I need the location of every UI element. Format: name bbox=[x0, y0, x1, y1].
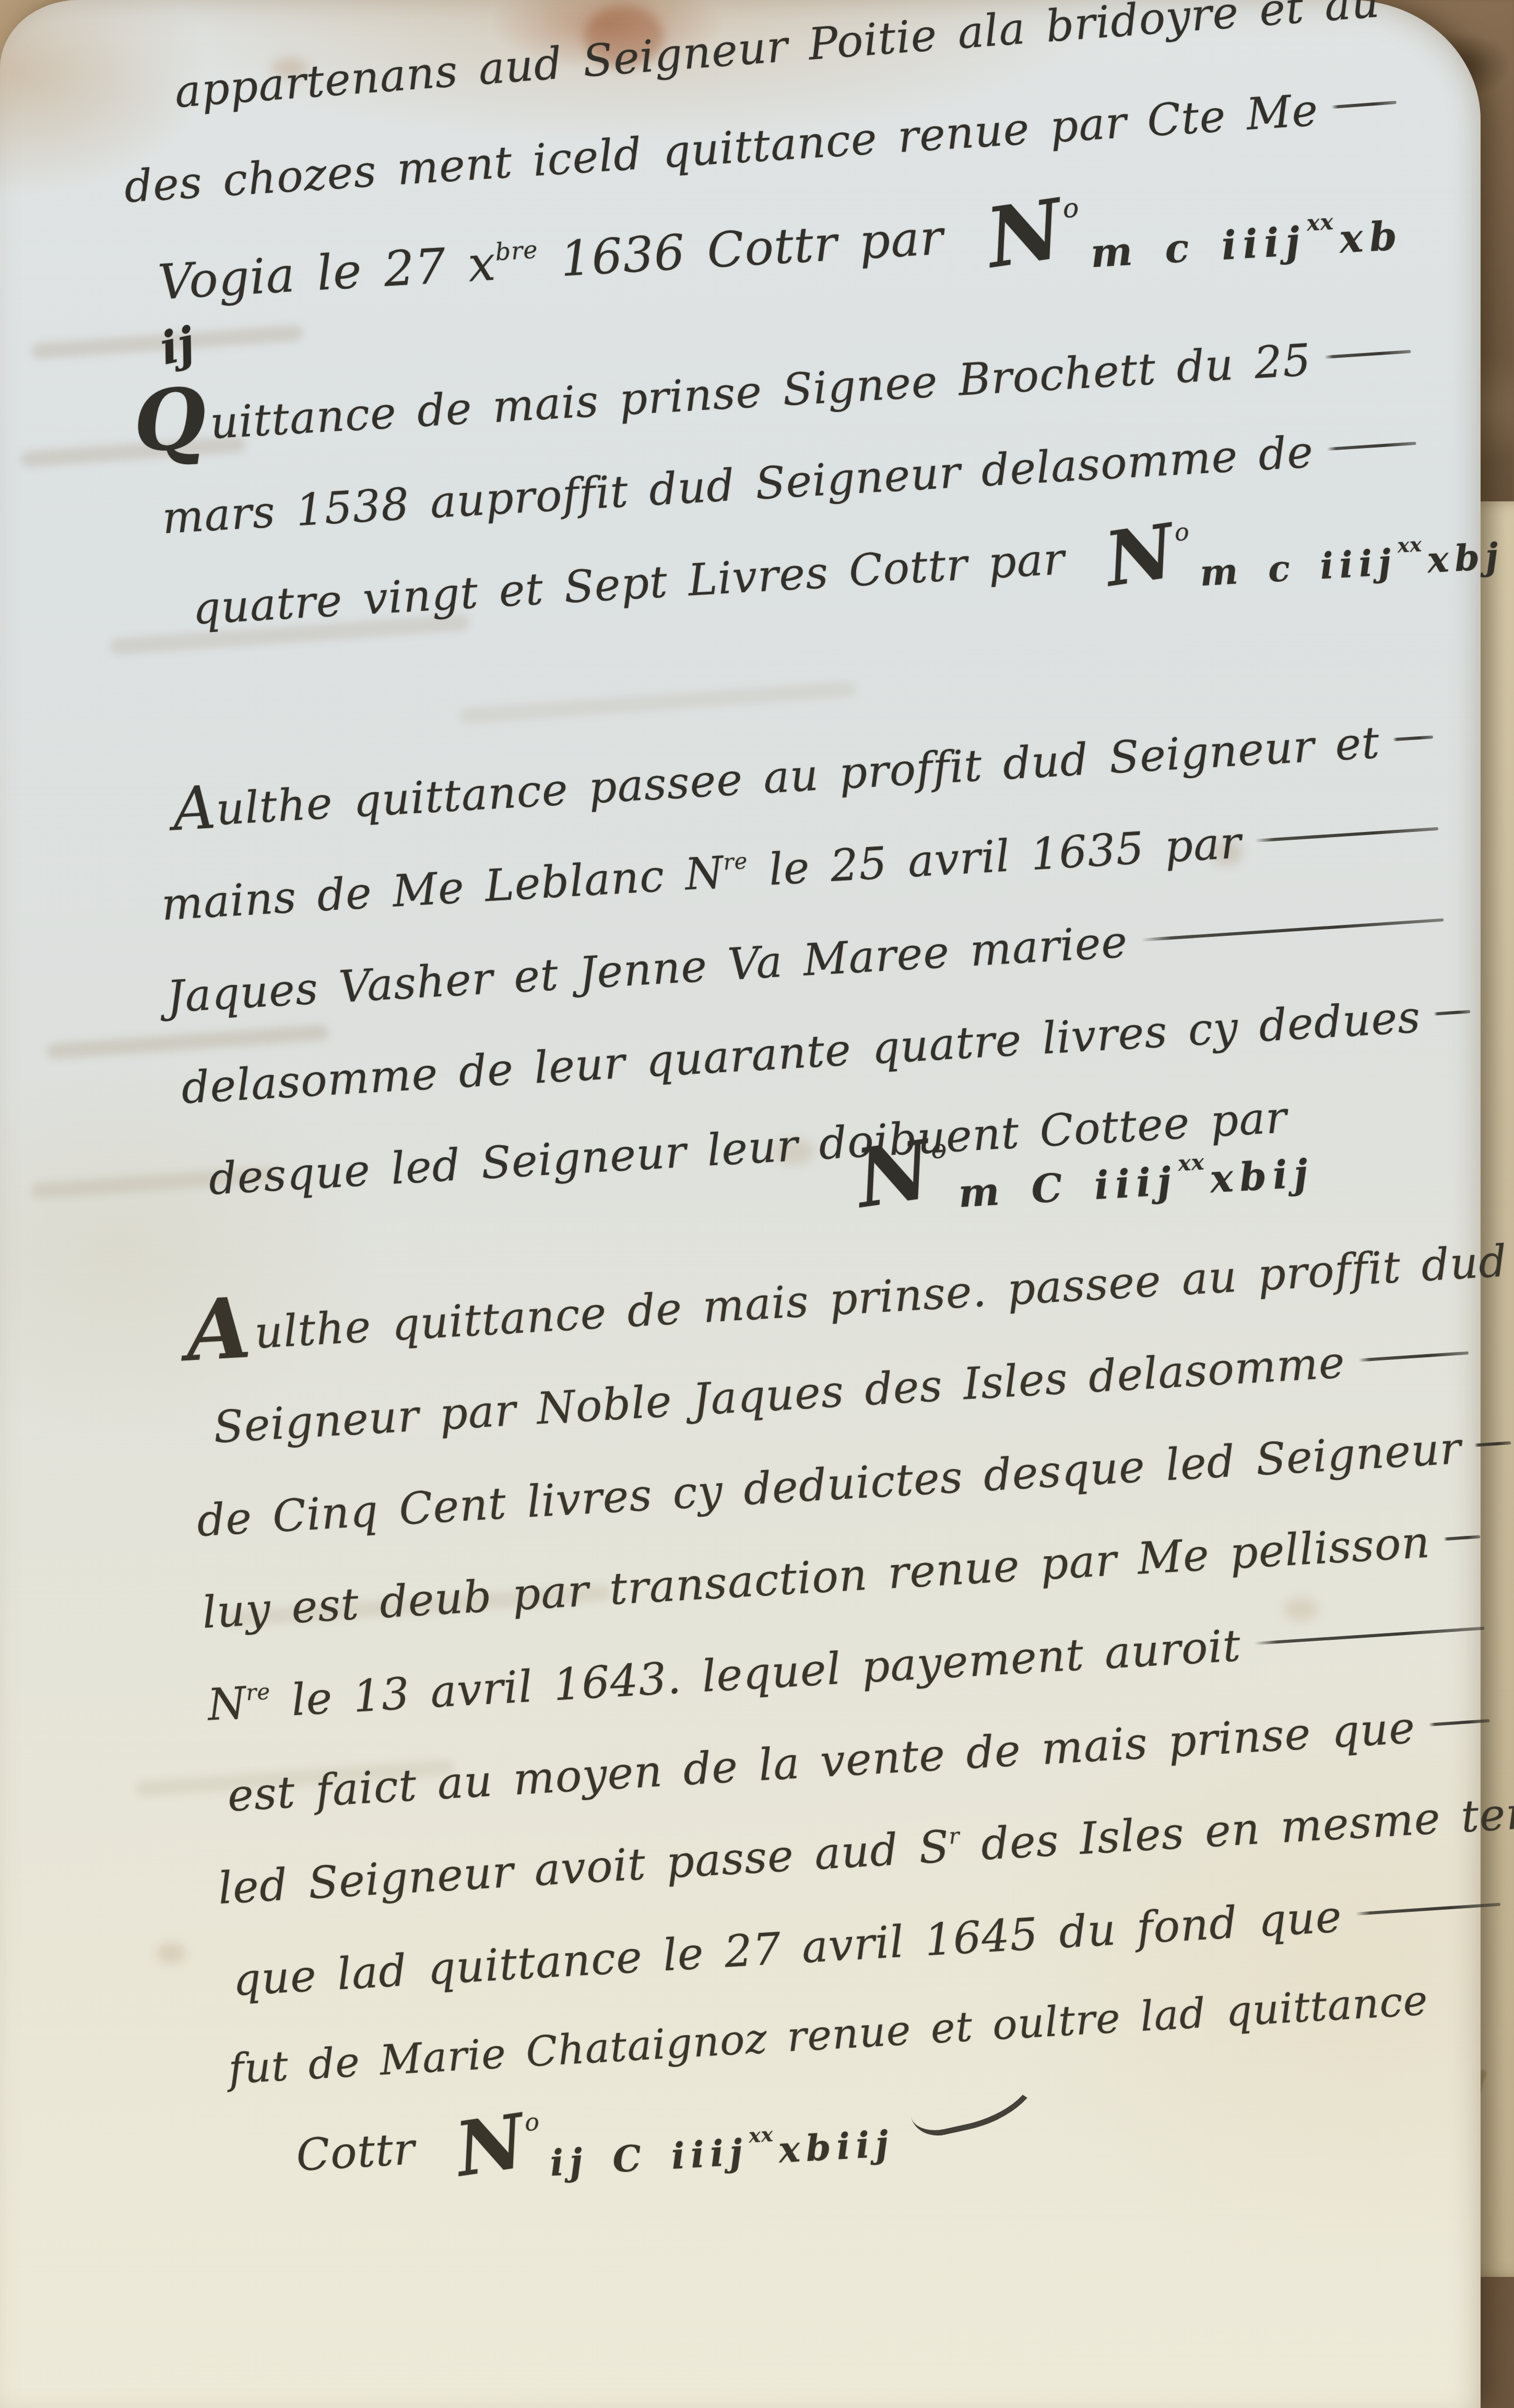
manuscript-photo: ij appartenans aud Seigneur Poitie ala b… bbox=[0, 0, 1514, 2408]
text-run: A bbox=[186, 1328, 251, 1331]
text-run: xx bbox=[1307, 221, 1334, 223]
text-run: o bbox=[525, 2121, 540, 2122]
text-run: ij C iiij bbox=[550, 2152, 748, 2164]
text-run: o bbox=[931, 1148, 947, 1149]
text-run: Q bbox=[134, 418, 207, 422]
line-filler-stroke bbox=[1255, 827, 1439, 842]
line-filler-stroke bbox=[1331, 101, 1397, 109]
text-run: N bbox=[988, 228, 1062, 239]
line-filler-stroke bbox=[1358, 1351, 1469, 1361]
text-run: re bbox=[246, 1692, 270, 1693]
text-run: o bbox=[1063, 208, 1080, 209]
text-run: Cottr bbox=[294, 2100, 459, 2202]
line-filler-stroke bbox=[1355, 1903, 1500, 1916]
line-filler-stroke bbox=[1141, 918, 1444, 941]
entry-1: appartenans aud Seigneur Poitie ala brid… bbox=[112, 0, 1405, 335]
text-run: r bbox=[949, 1836, 960, 1837]
text-run: re bbox=[723, 861, 748, 863]
line-filler-stroke bbox=[1254, 1626, 1484, 1645]
text-run: m c iiij bbox=[1200, 562, 1397, 573]
line-filler-stroke bbox=[1428, 1719, 1489, 1726]
parchment-page: ij appartenans aud Seigneur Poitie ala b… bbox=[0, 0, 1481, 2408]
text-run: bre bbox=[495, 250, 538, 252]
text-run: xbij bbox=[1210, 1173, 1314, 1179]
foxing-spot bbox=[157, 1943, 186, 1964]
text-run: xx bbox=[749, 2134, 773, 2136]
text-run: xx bbox=[1178, 1162, 1204, 1164]
line-filler-stroke bbox=[1327, 442, 1416, 451]
text-run: xb bbox=[1340, 236, 1403, 239]
line-filler-stroke bbox=[1434, 1010, 1471, 1016]
text-run: N bbox=[857, 1169, 930, 1180]
entry-3: Aulthe quittance passee au proffit dud S… bbox=[153, 694, 1457, 1224]
text-run: m c iiij bbox=[1091, 241, 1306, 253]
entry-4: Aulthe quittance de mais prinse. passee … bbox=[184, 1217, 1513, 2205]
text-run: xx bbox=[1398, 544, 1422, 546]
text-run: o bbox=[1175, 532, 1190, 533]
entry-2: Quittance de mais prinse Signee Brochett… bbox=[132, 308, 1424, 657]
text-run: N bbox=[205, 1657, 250, 1751]
text-run: m C iiij bbox=[959, 1181, 1177, 1193]
manuscript: appartenans aud Seigneur Poitie ala brid… bbox=[112, 0, 1513, 2205]
text-run: N bbox=[456, 2140, 524, 2150]
line-filler-stroke bbox=[1393, 735, 1433, 741]
text-run: N bbox=[1106, 550, 1174, 560]
text-run: xbj bbox=[1427, 556, 1504, 560]
line-filler-stroke bbox=[1444, 1535, 1480, 1541]
text-run: A bbox=[173, 807, 216, 810]
text-run: xbiij bbox=[778, 2144, 894, 2151]
pen-swash bbox=[906, 2063, 1049, 2141]
text-run: Vogia le 27 x bbox=[155, 212, 499, 333]
line-filler-stroke bbox=[1324, 350, 1411, 359]
text-run: 1636 Cottr par bbox=[536, 184, 990, 311]
